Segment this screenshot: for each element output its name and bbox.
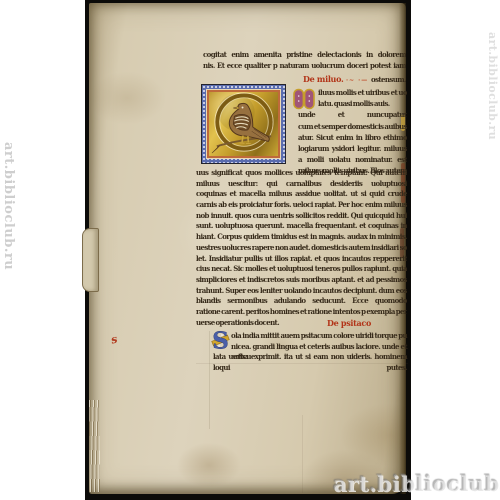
rubric-line-suffix: ostensum. xyxy=(371,75,406,86)
text-line: logiarum ysidori legitur. miluus xyxy=(298,143,407,154)
text-line: latu. quasi mollis auis. xyxy=(318,98,407,109)
text-line: hiant. Corpus quidem timidus est in magn… xyxy=(196,232,407,243)
initial-s: S xyxy=(211,329,230,352)
initial-s-letter: S xyxy=(212,329,229,352)
kite-bird-figure xyxy=(209,92,278,156)
text-line: trahunt. Super eos leniter uolando incau… xyxy=(196,286,407,297)
body-text-block: uus significat quos mollices uoluptates … xyxy=(196,168,407,328)
text-line: nob innuit. quos cura uentris sollicitos… xyxy=(196,211,407,222)
manuscript-photo: cogitat enim amenita pristine delectacio… xyxy=(0,0,500,500)
text-line: let. Insidiatur pullis ut illos rapiat. … xyxy=(196,254,407,265)
watermark-right-vertical: art.biblioclub.ru xyxy=(486,32,499,222)
text-line: nis. Et ecce qualiter p naturam uolucrum… xyxy=(203,61,406,72)
column-text-block: iluus mollis et uiribus et uo latu. quas… xyxy=(298,87,407,177)
stacked-leaf-edges xyxy=(89,400,100,492)
text-line: uerse operationis docent. xyxy=(196,318,407,329)
text-line: cum et semper domesticis auibus insidi xyxy=(298,121,407,132)
text-line: simpliciores et indiscretos suis moribus… xyxy=(196,275,407,286)
text-line: ratione carent. peritos homines et ratio… xyxy=(196,307,407,318)
text-line: iluus mollis et uiribus et uo xyxy=(318,87,407,98)
rubric-flourish: ·~ ·— xyxy=(346,77,368,84)
text-line: sunt. uoluptuosa querunt. macella freque… xyxy=(196,221,407,232)
text-line: lata uerba exprimit. ita ut si eam non u… xyxy=(213,352,407,373)
text-line: cius necat. Sic molles et uoluptuosi ten… xyxy=(196,264,407,275)
text-line: uestres uolucres rapere non audet. domes… xyxy=(196,243,407,254)
rubric-de-psitaco: De psitaco xyxy=(327,318,371,328)
text-line: carnis ab eis proiciatur foris. ueloci r… xyxy=(196,200,407,211)
kite-miniature-panel xyxy=(201,84,286,164)
text-line: coquinas et macella miluus assidue uolit… xyxy=(196,189,407,200)
text-line: ola india mittit auem psitacum colore ui… xyxy=(231,331,407,342)
text-line: blandis sermonibus adulando seducunt. Ec… xyxy=(196,296,407,307)
text-line: a molli uolatu nominatur. est enim xyxy=(298,154,407,165)
gutter-tab xyxy=(82,228,99,292)
gold-ground xyxy=(207,90,280,158)
ruling-line-vertical xyxy=(209,331,210,429)
text-line: miluus uescitur: qui carnalibus desideri… xyxy=(196,179,407,190)
text-line: unde et nuncupatur rapacissimum. xyxy=(298,109,407,120)
watermark-left-vertical: art.biblioclub.ru xyxy=(1,142,16,352)
intro-text-block: cogitat enim amenita pristine delectacio… xyxy=(203,50,406,71)
rubric-de-milvo: De miluo. ·~ ·— xyxy=(303,74,368,84)
text-line: uus significat quos mollices uoluptates … xyxy=(196,168,407,179)
crease-line xyxy=(302,415,303,493)
text-line: atur. Sicut enim in libro ethimo xyxy=(298,132,407,143)
text-line: cogitat enim amenita pristine delectacio… xyxy=(203,50,406,61)
